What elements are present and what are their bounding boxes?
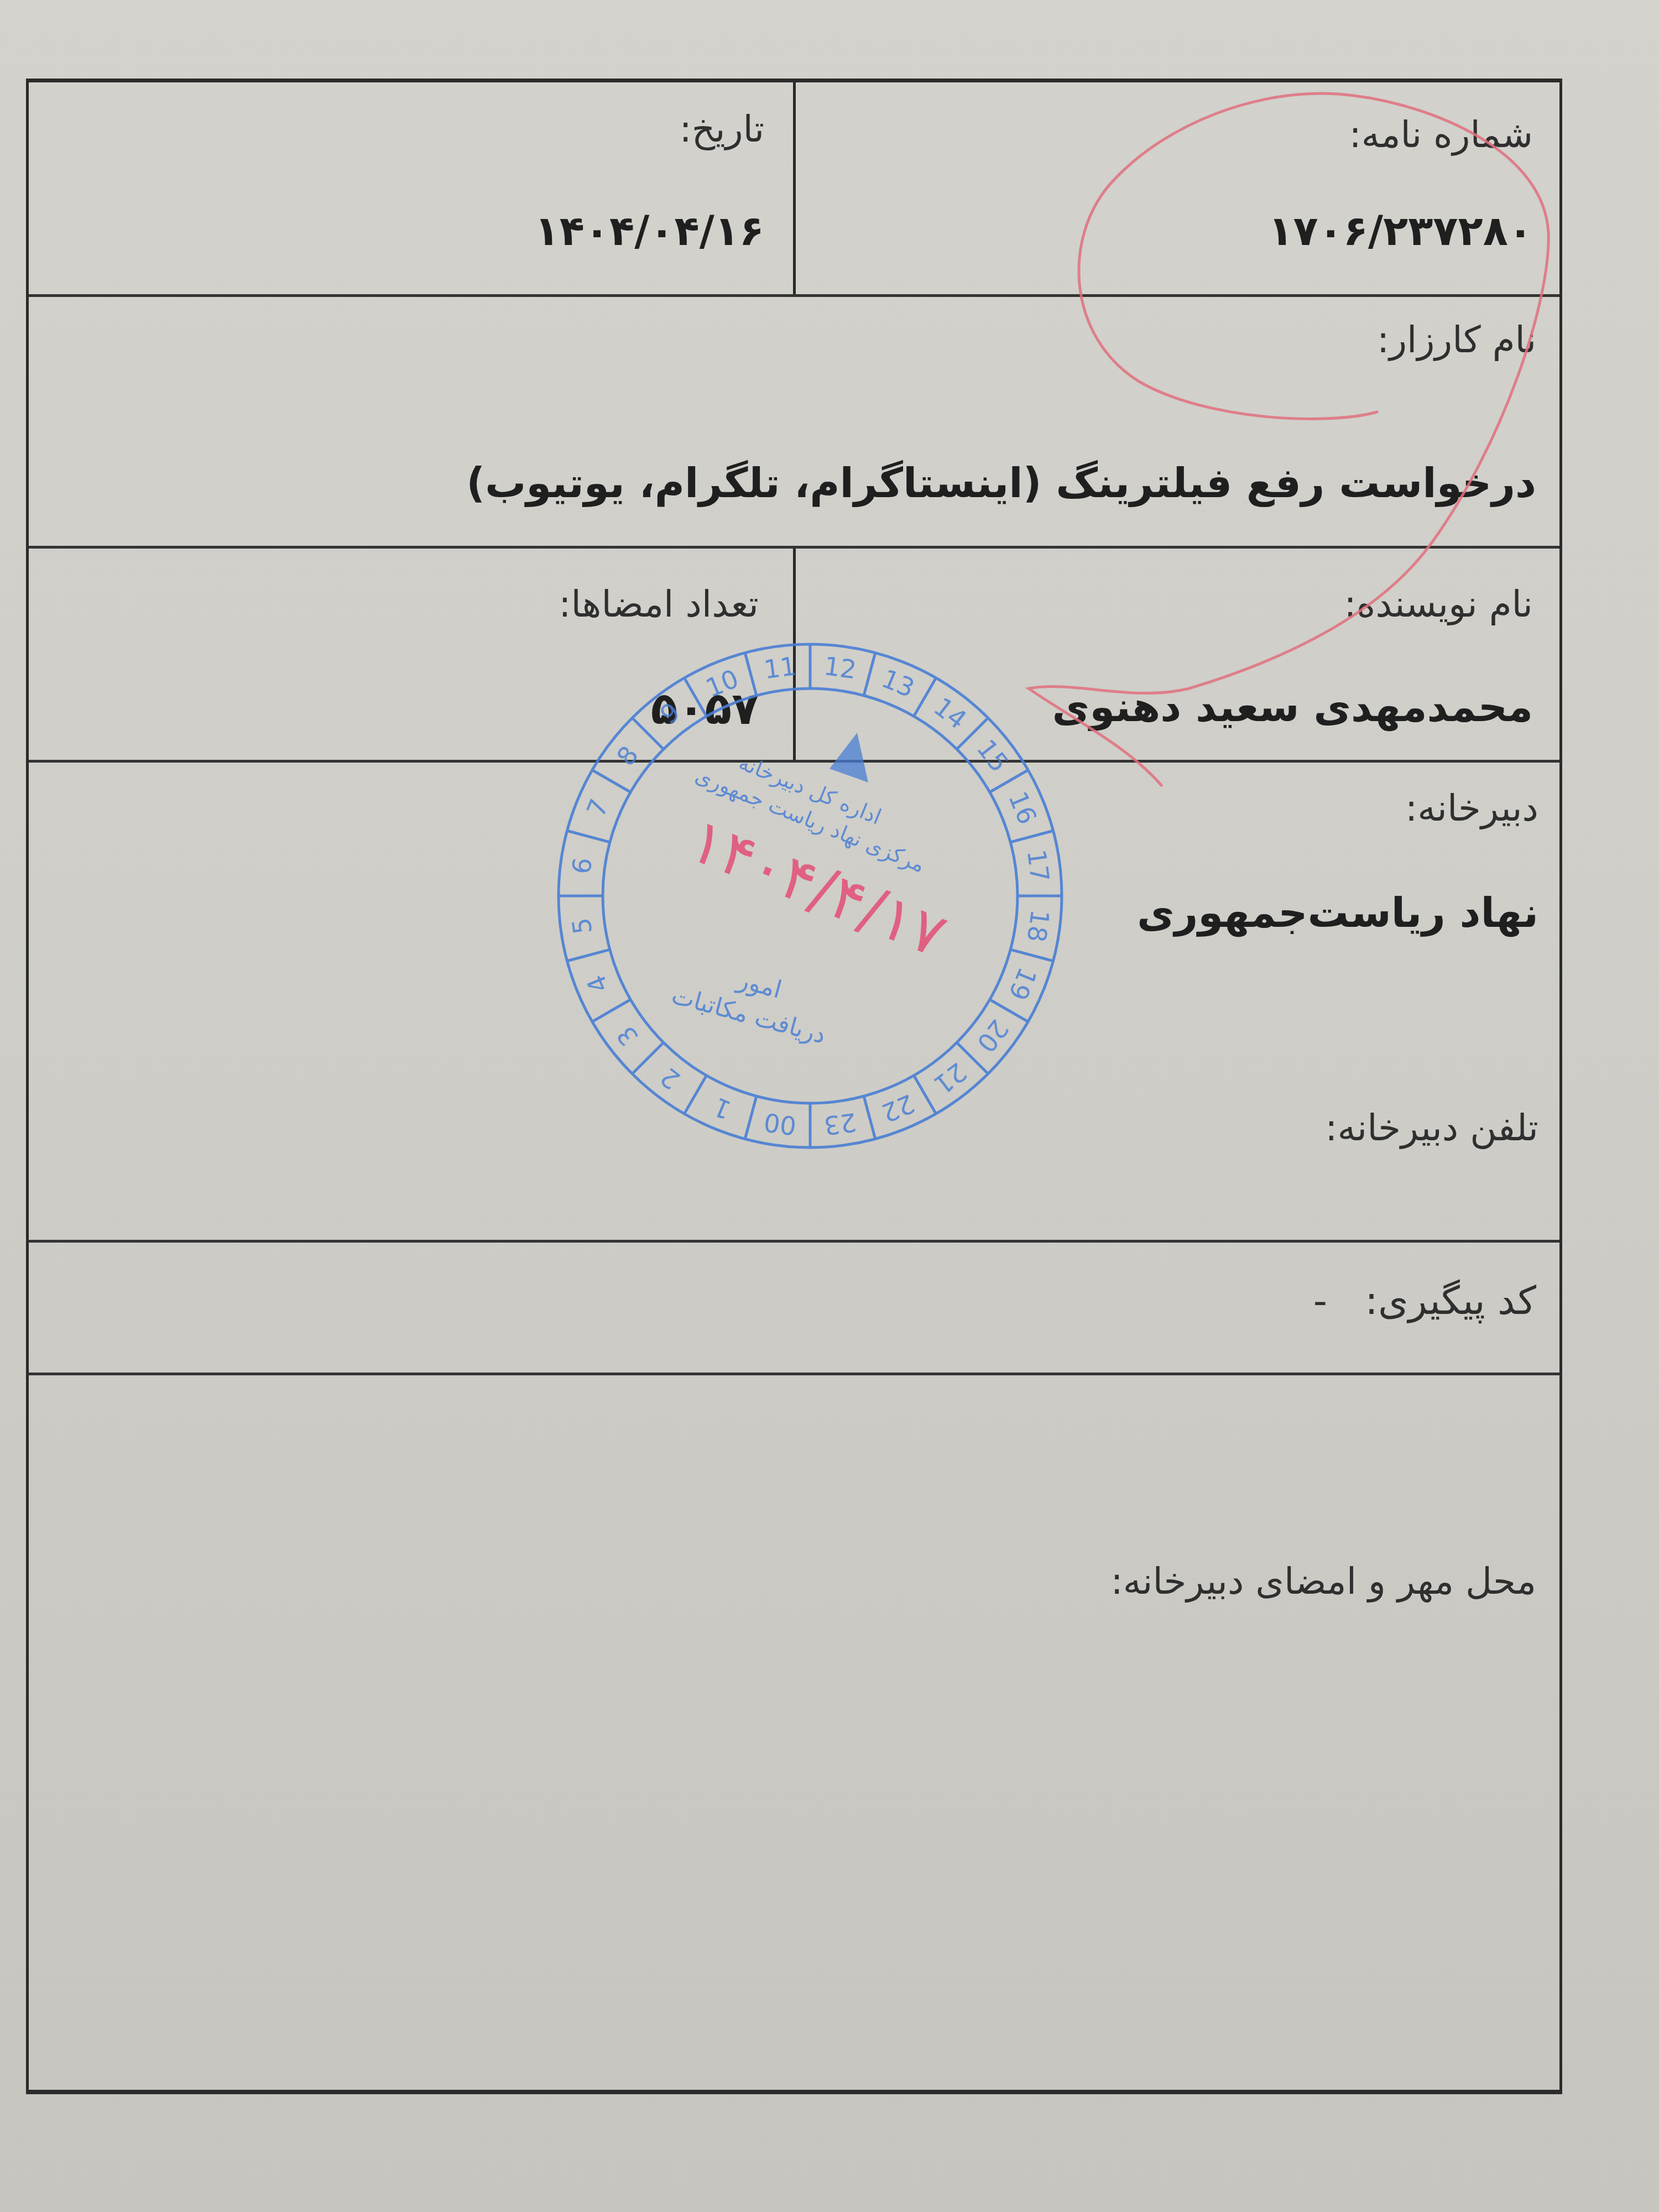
row-secretariat: دبیرخانه: نهاد ریاست‌جمهوری تلفن دبیرخان…: [29, 763, 1559, 1243]
campaign-name-cell: نام کارزار: درخواست رفع فیلترینگ (اینستا…: [29, 297, 1559, 546]
tracking-code-cell: کد پیگیری: -: [29, 1243, 1559, 1373]
paper-sheet: شماره نامه: ۱۷۰۶/۲۳۷۲۸۰ تاریخ: ۱۴۰۴/۰۴/۱…: [0, 0, 1659, 2212]
row-stamp-area: محل مهر و امضای دبیرخانه:: [29, 1375, 1559, 2090]
letter-number-cell: شماره نامه: ۱۷۰۶/۲۳۷۲۸۰: [791, 82, 1559, 294]
signature-count-label: تعداد امضاها:: [559, 586, 759, 623]
author-name-cell: نام نویسنده: محمدمهدی سعید دهنوی: [791, 549, 1559, 760]
signature-count-value: ۵۰۵۷: [651, 687, 759, 731]
letter-number-label: شماره نامه:: [1349, 117, 1533, 153]
column-divider: [793, 549, 796, 760]
row-author-signatures: نام نویسنده: محمدمهدی سعید دهنوی تعداد ا…: [29, 549, 1559, 763]
secretariat-phone-label: تلفن دبیرخانه:: [1325, 1110, 1538, 1146]
campaign-name-value: درخواست رفع فیلترینگ (اینستاگرام، تلگرام…: [466, 463, 1536, 504]
tracking-code-value: -: [1313, 1281, 1327, 1320]
stamp-area-label: محل مهر و امضای دبیرخانه:: [1110, 1563, 1536, 1600]
secretariat-value: نهاد ریاست‌جمهوری: [1137, 893, 1538, 933]
author-name-value: محمدمهدی سعید دهنوی: [1052, 687, 1533, 728]
signature-count-cell: تعداد امضاها: ۵۰۵۷: [29, 549, 791, 760]
row-letter-date: شماره نامه: ۱۷۰۶/۲۳۷۲۸۰ تاریخ: ۱۴۰۴/۰۴/۱…: [29, 82, 1559, 297]
row-tracking: کد پیگیری: -: [29, 1243, 1559, 1375]
author-name-label: نام نویسنده:: [1344, 586, 1533, 623]
tracking-code-label: کد پیگیری:: [1365, 1281, 1536, 1320]
campaign-name-label: نام کارزار:: [1377, 322, 1536, 358]
row-campaign: نام کارزار: درخواست رفع فیلترینگ (اینستا…: [29, 297, 1559, 549]
secretariat-cell: دبیرخانه: نهاد ریاست‌جمهوری تلفن دبیرخان…: [29, 763, 1559, 1240]
stamp-area-cell: محل مهر و امضای دبیرخانه:: [29, 1375, 1559, 2090]
date-value: ۱۴۰۴/۰۴/۱۶: [535, 211, 764, 252]
secretariat-label: دبیرخانه:: [1405, 790, 1538, 827]
registration-form: شماره نامه: ۱۷۰۶/۲۳۷۲۸۰ تاریخ: ۱۴۰۴/۰۴/۱…: [26, 79, 1562, 2094]
date-label: تاریخ:: [679, 111, 764, 148]
date-cell: تاریخ: ۱۴۰۴/۰۴/۱۶: [29, 82, 791, 294]
column-divider: [793, 82, 796, 294]
letter-number-value: ۱۷۰۶/۲۳۷۲۸۰: [1268, 211, 1533, 252]
